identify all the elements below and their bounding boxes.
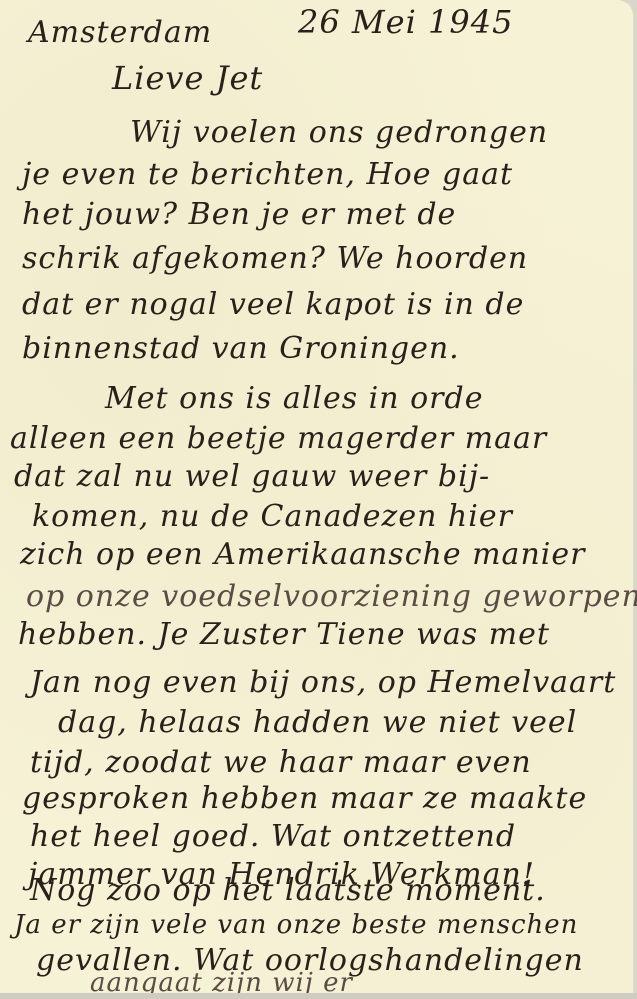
letter-line: komen, nu de Canadezen hier: [32, 502, 513, 532]
letter-line: Met ons is alles in orde: [105, 384, 483, 414]
letter-line: hebben. Je Zuster Tiene was met: [18, 620, 550, 650]
letter-line: dat er nogal veel kapot is in de: [22, 290, 524, 320]
letter-line: op onze voedselvoorziening geworpen: [26, 582, 637, 612]
letter-line: het jouw? Ben je er met de: [22, 200, 456, 230]
letter-line: alleen een beetje magerder maar: [10, 424, 547, 454]
postcard-paper: Amsterdam 26 Mei 1945 Lieve Jet Wij voel…: [0, 0, 634, 993]
letter-place: Amsterdam: [28, 18, 212, 48]
letter-line: dag, helaas hadden we niet veel: [58, 708, 577, 738]
letter-line: het heel goed. Wat ontzettend: [30, 822, 516, 852]
letter-line: zich op een Amerikaansche manier: [20, 540, 585, 570]
letter-salutation: Lieve Jet: [112, 62, 263, 94]
letter-date: 26 Mei 1945: [298, 6, 513, 38]
scan-bottom-edge: [0, 993, 637, 999]
letter-line: gesproken hebben maar ze maakte: [22, 784, 587, 814]
letter-line: Nog zoo op het laatste moment.: [30, 876, 546, 906]
letter-line: dat zal nu wel gauw weer bij-: [14, 462, 490, 492]
letter-line: tijd, zoodat we haar maar even: [30, 748, 532, 778]
letter-line: Wij voelen ons gedrongen: [130, 118, 548, 148]
letter-line: je even te berichten, Hoe gaat: [22, 160, 513, 190]
letter-line: Ja er zijn vele van onze beste menschen: [14, 912, 578, 938]
letter-line: Jan nog even bij ons, op Hemelvaart: [30, 668, 616, 698]
letter-line: binnenstad van Groningen.: [22, 334, 460, 364]
letter-line: schrik afgekomen? We hoorden: [22, 244, 528, 274]
